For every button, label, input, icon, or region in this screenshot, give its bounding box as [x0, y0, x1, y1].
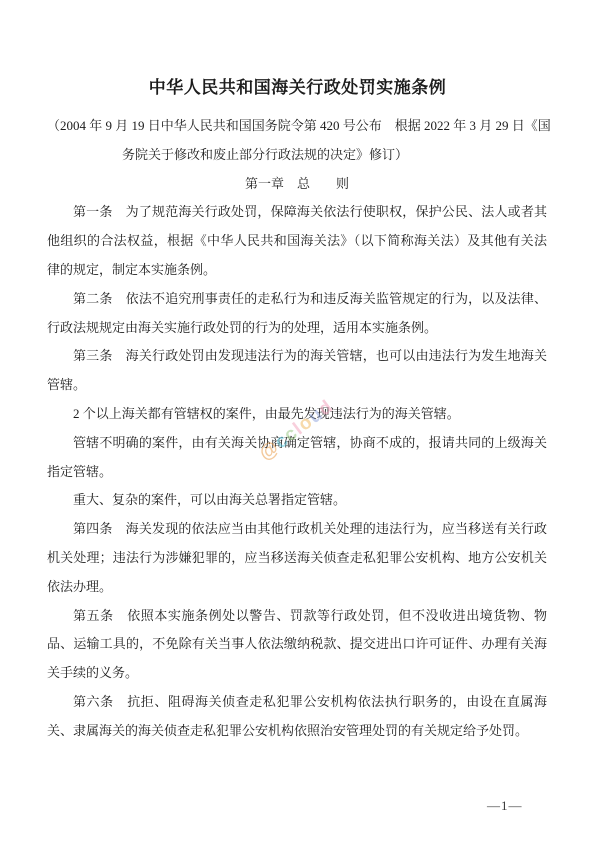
paragraph: 第四条 海关发现的依法应当由其他行政机关处理的违法行为，应当移送有关行政机关处理… [47, 515, 547, 601]
page-number: —1— [487, 798, 523, 814]
paragraphs-container: 第一条 为了规范海关行政处罚，保障海关依法行使职权，保护公民、法人或者其他组织的… [47, 198, 547, 745]
paragraph: 第六条 抗拒、阻碍海关侦查走私犯罪公安机构依法执行职务的，由设在直属海关、隶属海… [47, 688, 547, 746]
paragraph: 第二条 依法不追究刑事责任的走私行为和违反海关监管规定的行为，以及法律、行政法规… [47, 285, 547, 343]
paragraph: 第三条 海关行政处罚由发现违法行为的海关管辖，也可以由违法行为发生地海关管辖。 [47, 342, 547, 400]
promulgation-note-line: （2004 年 9 月 19 日中华人民共和国国务院令第 420 号公布 根据 … [47, 112, 547, 141]
promulgation-note-line: 务院关于修改和废止部分行政法规的决定》修订） [15, 141, 515, 170]
paragraph: 重大、复杂的案件，可以由海关总署指定管辖。 [47, 486, 547, 515]
promulgation-note: （2004 年 9 月 19 日中华人民共和国国务院令第 420 号公布 根据 … [47, 112, 547, 170]
document-title: 中华人民共和国海关行政处罚实施条例 [0, 76, 595, 100]
paragraph: 管辖不明确的案件，由有关海关协商确定管辖，协商不成的，报请共同的上级海关指定管辖… [47, 429, 547, 487]
paragraph: 第一条 为了规范海关行政处罚，保障海关依法行使职权，保护公民、法人或者其他组织的… [47, 198, 547, 284]
document-body: （2004 年 9 月 19 日中华人民共和国国务院令第 420 号公布 根据 … [47, 112, 547, 746]
chapter-heading: 第一章 总 则 [47, 170, 547, 199]
paragraph: 2 个以上海关都有管辖权的案件，由最先发现违法行为的海关管辖。 [47, 400, 547, 429]
document-page: @ccloud 中华人民共和国海关行政处罚实施条例 （2004 年 9 月 19… [0, 0, 595, 841]
paragraph: 第五条 依照本实施条例处以警告、罚款等行政处罚，但不没收进出境货物、物品、运输工… [47, 602, 547, 688]
